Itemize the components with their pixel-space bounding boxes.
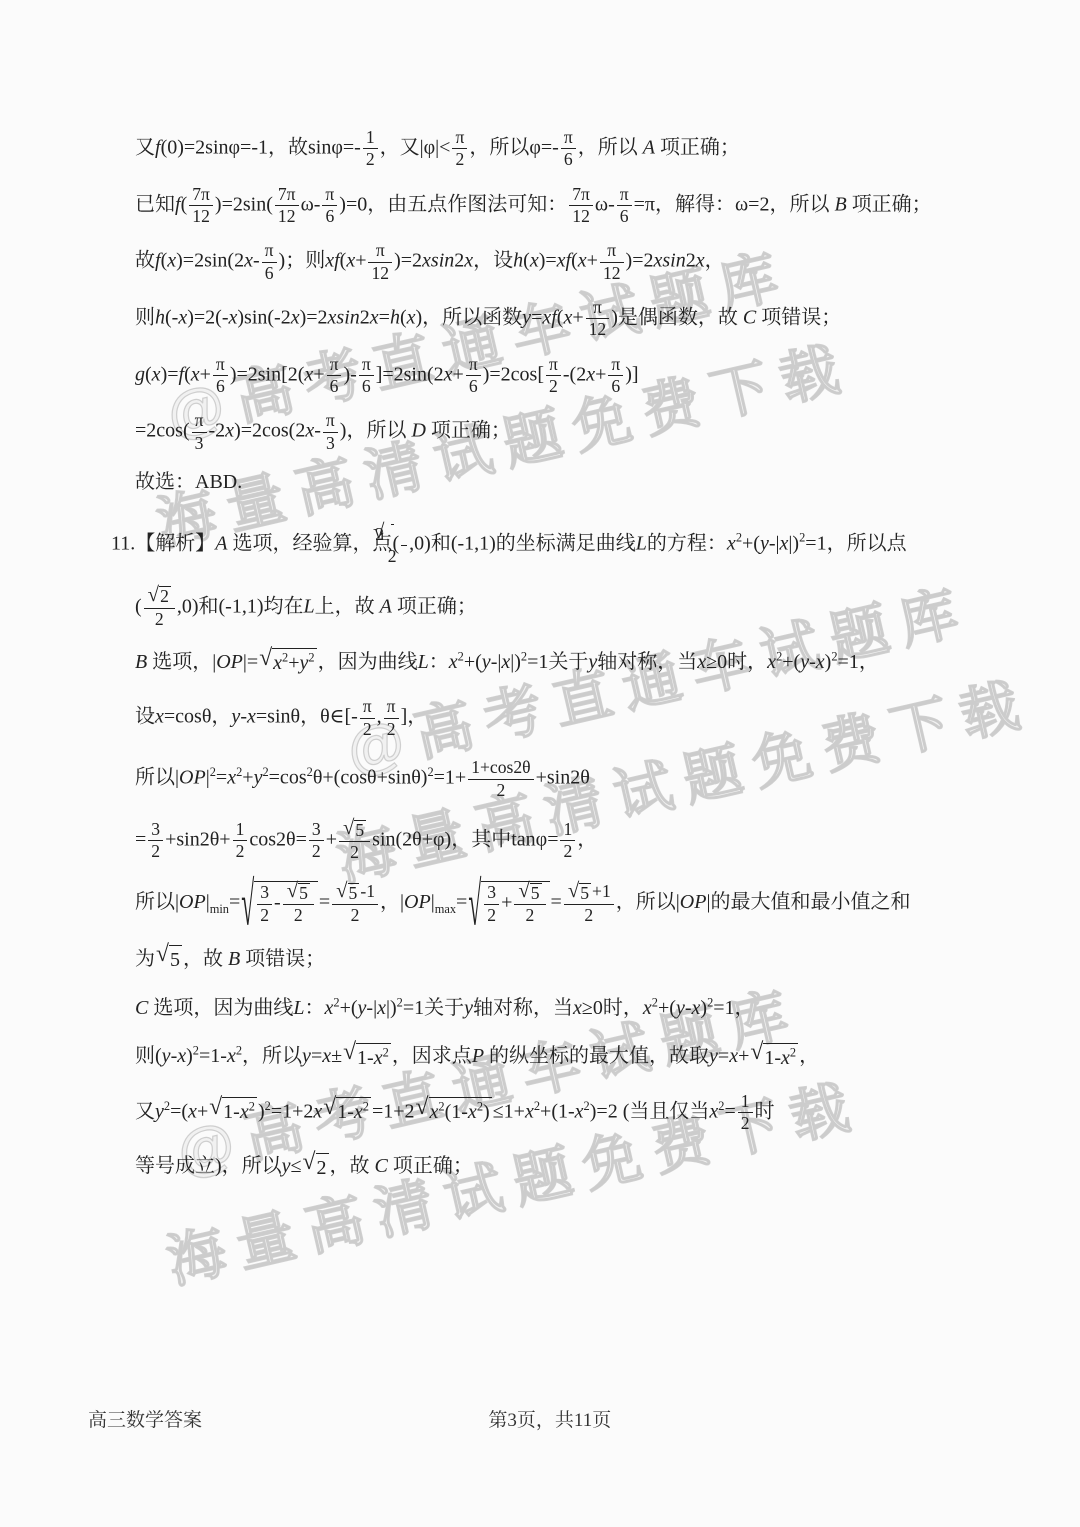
solution-line: 则(y-x)2=1-x2，所以y=x±√1-x2，因求点P 的纵坐标的最大值，故… — [135, 1042, 1035, 1072]
solution-line: =2cos(π3-2x)=2cos(2x-π3)，所以 D 项正确； — [135, 411, 1035, 453]
solution-line: 又f(0)=2sinφ=-1，故sinφ=-12，又|φ|<π2，所以φ=-π6… — [135, 128, 1035, 170]
solution-line: 为√5，故 B 项错误； — [135, 945, 1035, 975]
solution-line: 又y2=(x+√1-x2)2=1+2x√1-x2=1+2√x2(1-x2)≤1+… — [135, 1092, 1035, 1134]
solution-line: 故f(x)=2sin(2x-π6)；则xf(x+π12)=2xsin2x，设h(… — [135, 241, 1035, 283]
solution-question-11: 11.【解析】A 选项，经验算，点(√22,0)和(-1,1)的坐标满足曲线L的… — [135, 523, 1035, 1183]
solution-10-lines: 又f(0)=2sinφ=-1，故sinφ=-12，又|φ|<π2，所以φ=-π6… — [135, 128, 1035, 497]
solution-11-lines: 11.【解析】A 选项，经验算，点(√22,0)和(-1,1)的坐标满足曲线L的… — [135, 523, 1035, 1183]
solution-line: 设x=cosθ，y-x=sinθ，θ∈[-π2,π2]， — [135, 697, 1035, 739]
solution-line: 已知f(7π12)=2sin(7π12ω-π6)=0，由五点作图法可知：7π12… — [135, 185, 1035, 227]
solution-line: 所以|OP|min=√32-√52=√5-12，|OP|max=√32+√52=… — [135, 881, 1035, 925]
solution-line: =32+sin2θ+12cos2θ=32+√52sin(2θ+φ)，其中tanφ… — [135, 819, 1035, 862]
solution-line: 故选：ABD. — [135, 468, 1035, 497]
exam-answer-page: { "page": { "bg": "#fbfbfb", "text_color… — [0, 0, 1080, 1527]
answer-content: 又f(0)=2sinφ=-1，故sinφ=-12，又|φ|<π2，所以φ=-π6… — [135, 128, 1035, 1202]
solution-question-10: 又f(0)=2sinφ=-1，故sinφ=-12，又|φ|<π2，所以φ=-π6… — [135, 128, 1035, 497]
solution-line: (√22,0)和(-1,1)均在L上，故 A 项正确； — [135, 586, 1035, 629]
solution-line: B 选项，|OP|=√x2+y2，因为曲线L：x2+(y-|x|)2=1关于y轴… — [135, 648, 1035, 678]
solution-line: C 选项，因为曲线L：x2+(y-|x|)2=1关于y轴对称，当x≥0时，x2+… — [135, 994, 1035, 1023]
solution-line: g(x)=f(x+π6)=2sin[2(x+π6)-π6]=2sin(2x+π6… — [135, 355, 1035, 397]
solution-line: 11.【解析】A 选项，经验算，点(√22,0)和(-1,1)的坐标满足曲线L的… — [135, 523, 1035, 566]
footer-document-title: 高三数学答案 — [88, 1405, 202, 1432]
solution-line: 所以|OP|2=x2+y2=cos2θ+(cosθ+sinθ)2=1+1+cos… — [135, 758, 1035, 800]
solution-line: 等号成立)，所以y≤√2，故 C 项正确； — [135, 1152, 1035, 1182]
footer-page-number: 第3页，共11页 — [488, 1405, 611, 1432]
solution-line: 则h(-x)=2(-x)sin(-2x)=2xsin2x=h(x)，所以函数y=… — [135, 298, 1035, 340]
